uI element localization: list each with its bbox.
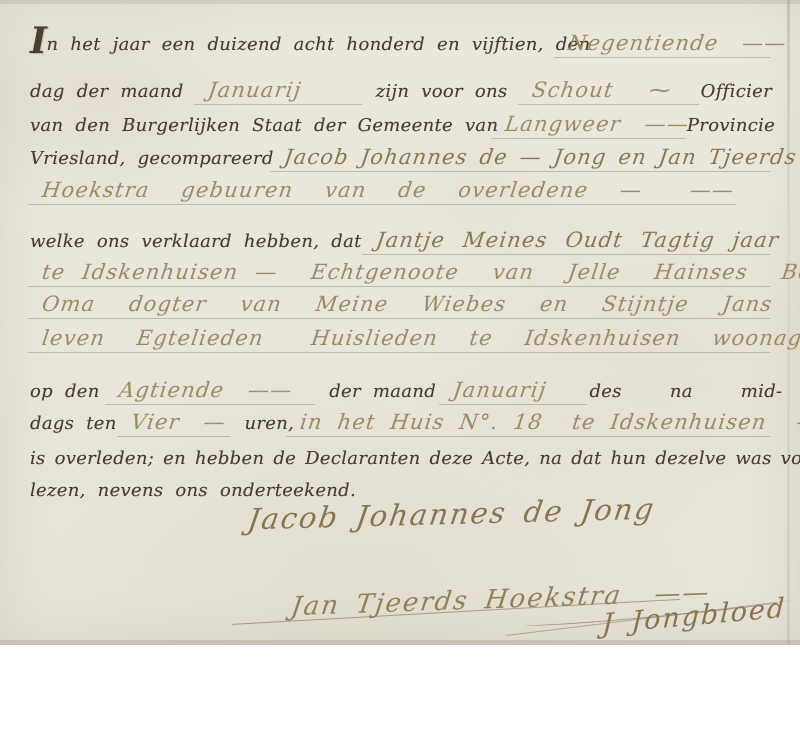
written-death-day: Agtiende —— — [105, 378, 319, 405]
decorative-initial: I — [30, 31, 45, 51]
printed-closing-2: lezen, nevens ons onderteekend. — [30, 480, 356, 501]
line-declarants-2: Hoekstra gebuuren van de overledene — —— — [30, 178, 772, 205]
written-residence-spouse: te Idskenhuisen — Echtgenoote van Jelle … — [28, 260, 774, 287]
written-death-month: Januarij — [439, 378, 591, 405]
printed-on-the: op den — [30, 381, 107, 402]
document-page: In het jaar een duizend acht honderd en … — [0, 0, 800, 645]
printed-province-appeared: Vriesland, gecompareerd — [30, 148, 272, 169]
printed-province-label: Provincie — [687, 115, 772, 136]
printed-month-label: dag der maand — [30, 81, 196, 102]
printed-at: dags ten — [30, 413, 119, 434]
line-closing-1: is overleden; en hebben de Declaranten d… — [30, 448, 772, 469]
written-day-ordinal: Negentiende —— — [554, 31, 774, 58]
written-parents: Oma dogter van Meine Wiebes en Stijntje … — [28, 292, 774, 319]
written-deceased-name-age: Jantje Meines Oudt Tagtig jaar — [362, 228, 774, 255]
line-month-officer: dag der maand Januarij zijn voor ons Sch… — [30, 78, 772, 105]
line-declarants-1: Vriesland, gecompareerd Jacob Johannes d… — [30, 145, 772, 172]
written-municipality: Langweer —— — [491, 112, 688, 139]
line-declaration: welke ons verklaard hebben, dat Jantje M… — [30, 228, 772, 255]
printed-declared-that: welke ons verklaard hebben, dat — [30, 231, 364, 252]
printed-year-text: n het jaar een duizend acht honderd en v… — [46, 34, 555, 55]
printed-of-month: der maand — [317, 381, 441, 402]
printed-hours: uren, — [232, 413, 288, 434]
paper-top-edge — [0, 0, 800, 4]
written-officer-title: Schout ⁓ — [518, 78, 703, 105]
line-death-date: op den Agtiende —— der maand Januarijdes… — [30, 378, 772, 405]
printed-civil-state: van den Burgerlijken Staat der Gemeente … — [30, 115, 493, 136]
written-declarant-relation: Hoekstra gebuuren van de overledene — —— — [28, 178, 740, 205]
printed-before-us: zijn voor ons — [364, 81, 520, 102]
written-month: Januarij — [194, 78, 366, 105]
line-death-time: dags ten Vier — uren,in het Huis N°. 18 … — [30, 410, 772, 437]
written-death-place: in het Huis N°. 18 te Idskenhuisen — — [286, 410, 774, 437]
written-parents-status: leven Egtelieden Huislieden te Idskenhui… — [28, 326, 774, 353]
printed-closing-1: is overleden; en hebben de Declaranten d… — [30, 448, 772, 469]
paper-fold-line — [787, 0, 790, 645]
line-year: In het jaar een duizend acht honderd en … — [30, 28, 772, 58]
line-parents-2: leven Egtelieden Huislieden te Idskenhui… — [30, 326, 772, 353]
line-spouse: te Idskenhuisen — Echtgenoote van Jelle … — [30, 260, 772, 287]
line-parents: Oma dogter van Meine Wiebes en Stijntje … — [30, 292, 772, 319]
written-death-hour: Vier — — [117, 410, 234, 437]
written-declarant-names: Jacob Johannes de — Jong en Jan Tjeerds — [270, 145, 774, 172]
line-municipality: van den Burgerlijken Staat der Gemeente … — [30, 112, 772, 139]
printed-officier: Officier — [701, 81, 772, 102]
printed-afternoon: des na mid- — [589, 381, 772, 402]
